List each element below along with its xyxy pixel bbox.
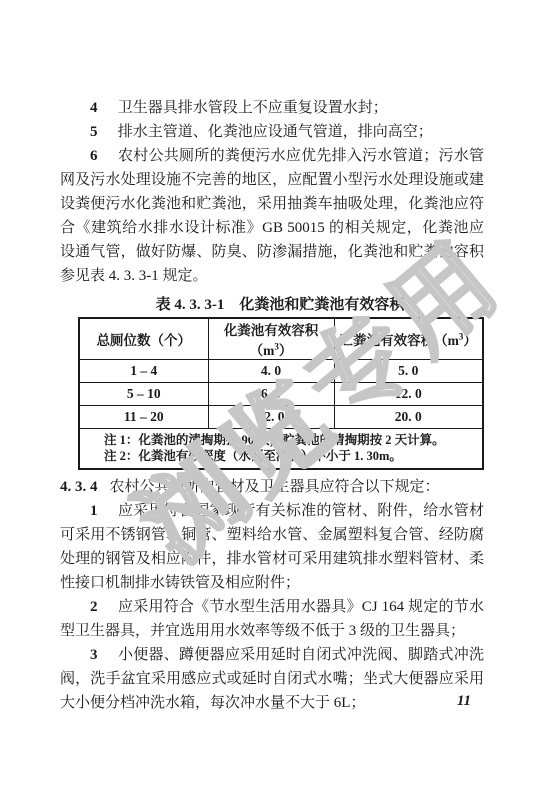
clause-number: 3 bbox=[90, 647, 118, 663]
septic-tank-capacity-table: 总厕位数（个） 化粪池有效容积（m3） 贮粪池有效容积（m3） 1 – 4 4.… bbox=[78, 317, 484, 470]
table-header-row: 总厕位数（个） 化粪池有效容积（m3） 贮粪池有效容积（m3） bbox=[79, 318, 483, 360]
table-notes-cell: 注 1：化粪池的清掏期按 90 天，贮粪池的清掏期按 2 天计算。 注 2：化粪… bbox=[79, 429, 483, 470]
clause-number: 1 bbox=[90, 503, 118, 519]
table-header-cell: 贮粪池有效容积（m3） bbox=[334, 318, 483, 360]
page-content: 4卫生器具排水管段上不应重复设置水封； 5排水主管道、化粪池应设通气管道，排向高… bbox=[60, 96, 484, 715]
table-cell: 12. 0 bbox=[208, 406, 334, 429]
clause-433-item-5: 5排水主管道、化粪池应设通气管道，排向高空； bbox=[60, 120, 484, 144]
header-label: 总厕位数（个） bbox=[97, 333, 192, 348]
clause-text: 应采用符合国家现行有关标准的管材、附件，给水管材可采用不锈钢管、铜管、塑料给水管… bbox=[60, 503, 484, 591]
table-row: 5 – 10 6. 0 12. 0 bbox=[79, 383, 483, 406]
clause-text: 小便器、蹲便器应采用延时自闭式冲洗阀、脚踏式冲洗阀，洗手盆宜采用感应式或延时自闭… bbox=[60, 647, 484, 711]
clause-number: 2 bbox=[90, 599, 118, 615]
page-number: 11 bbox=[457, 693, 471, 710]
header-label: 贮粪池有效容积（m bbox=[340, 333, 459, 348]
table-note-2: 注 2：化粪池有效深度（水面至池底）不小于 1. 30m。 bbox=[104, 448, 476, 464]
table-caption: 表 4. 3. 3-1 化粪池和贮粪池有效容积 bbox=[78, 297, 482, 314]
clause-text: 卫生器具排水管段上不应重复设置水封； bbox=[118, 100, 388, 116]
table-row: 11 – 20 12. 0 20. 0 bbox=[79, 406, 483, 429]
clause-number: 6 bbox=[90, 148, 118, 164]
table-cell: 1 – 4 bbox=[79, 360, 208, 383]
clause-number: 5 bbox=[90, 124, 118, 140]
clause-433-item-4: 4卫生器具排水管段上不应重复设置水封； bbox=[60, 96, 484, 120]
clause-number: 4 bbox=[90, 100, 118, 116]
clause-text: 排水主管道、化粪池应设通气管道，排向高空； bbox=[118, 124, 433, 140]
clause-433-item-6: 6农村公共厕所的粪便污水应优先排入污水管道；污水管网及污水处理设施不完善的地区，… bbox=[60, 144, 484, 288]
header-label-suffix: ） bbox=[463, 333, 477, 348]
table-cell: 5. 0 bbox=[334, 360, 483, 383]
document-page: 浏览专用 4卫生器具排水管段上不应重复设置水封； 5排水主管道、化粪池应设通气管… bbox=[0, 0, 551, 790]
table-cell: 20. 0 bbox=[334, 406, 483, 429]
clause-text: 应采用符合《节水型生活用水器具》CJ 164 规定的节水型卫生器具，并宜选用用水… bbox=[60, 599, 484, 639]
section-number: 4. 3. 4 bbox=[60, 479, 110, 495]
table-note-1: 注 1：化粪池的清掏期按 90 天，贮粪池的清掏期按 2 天计算。 bbox=[104, 432, 476, 448]
table-row: 1 – 4 4. 0 5. 0 bbox=[79, 360, 483, 383]
table-header-cell: 化粪池有效容积（m3） bbox=[208, 318, 334, 360]
table-cell: 5 – 10 bbox=[79, 383, 208, 406]
section-title: 农村公共厕所内管材及卫生器具应符合以下规定： bbox=[110, 479, 440, 495]
table-cell: 4. 0 bbox=[208, 360, 334, 383]
clause-434-item-3: 3小便器、蹲便器应采用延时自闭式冲洗阀、脚踏式冲洗阀，洗手盆宜采用感应式或延时自… bbox=[60, 643, 484, 715]
table-cell: 11 – 20 bbox=[79, 406, 208, 429]
clause-434-item-2: 2应采用符合《节水型生活用水器具》CJ 164 规定的节水型卫生器具，并宜选用用… bbox=[60, 595, 484, 643]
table-cell: 12. 0 bbox=[334, 383, 483, 406]
table-notes-row: 注 1：化粪池的清掏期按 90 天，贮粪池的清掏期按 2 天计算。 注 2：化粪… bbox=[79, 429, 483, 470]
header-label-suffix: ） bbox=[279, 343, 293, 358]
section-434-heading: 4. 3. 4农村公共厕所内管材及卫生器具应符合以下规定： bbox=[60, 475, 484, 499]
clause-434-item-1: 1应采用符合国家现行有关标准的管材、附件，给水管材可采用不锈钢管、铜管、塑料给水… bbox=[60, 499, 484, 595]
clause-text: 农村公共厕所的粪便污水应优先排入污水管道；污水管网及污水处理设施不完善的地区，应… bbox=[60, 148, 484, 284]
table-header-cell: 总厕位数（个） bbox=[79, 318, 208, 360]
table-cell: 6. 0 bbox=[208, 383, 334, 406]
header-label: 化粪池有效容积（m bbox=[224, 323, 319, 358]
